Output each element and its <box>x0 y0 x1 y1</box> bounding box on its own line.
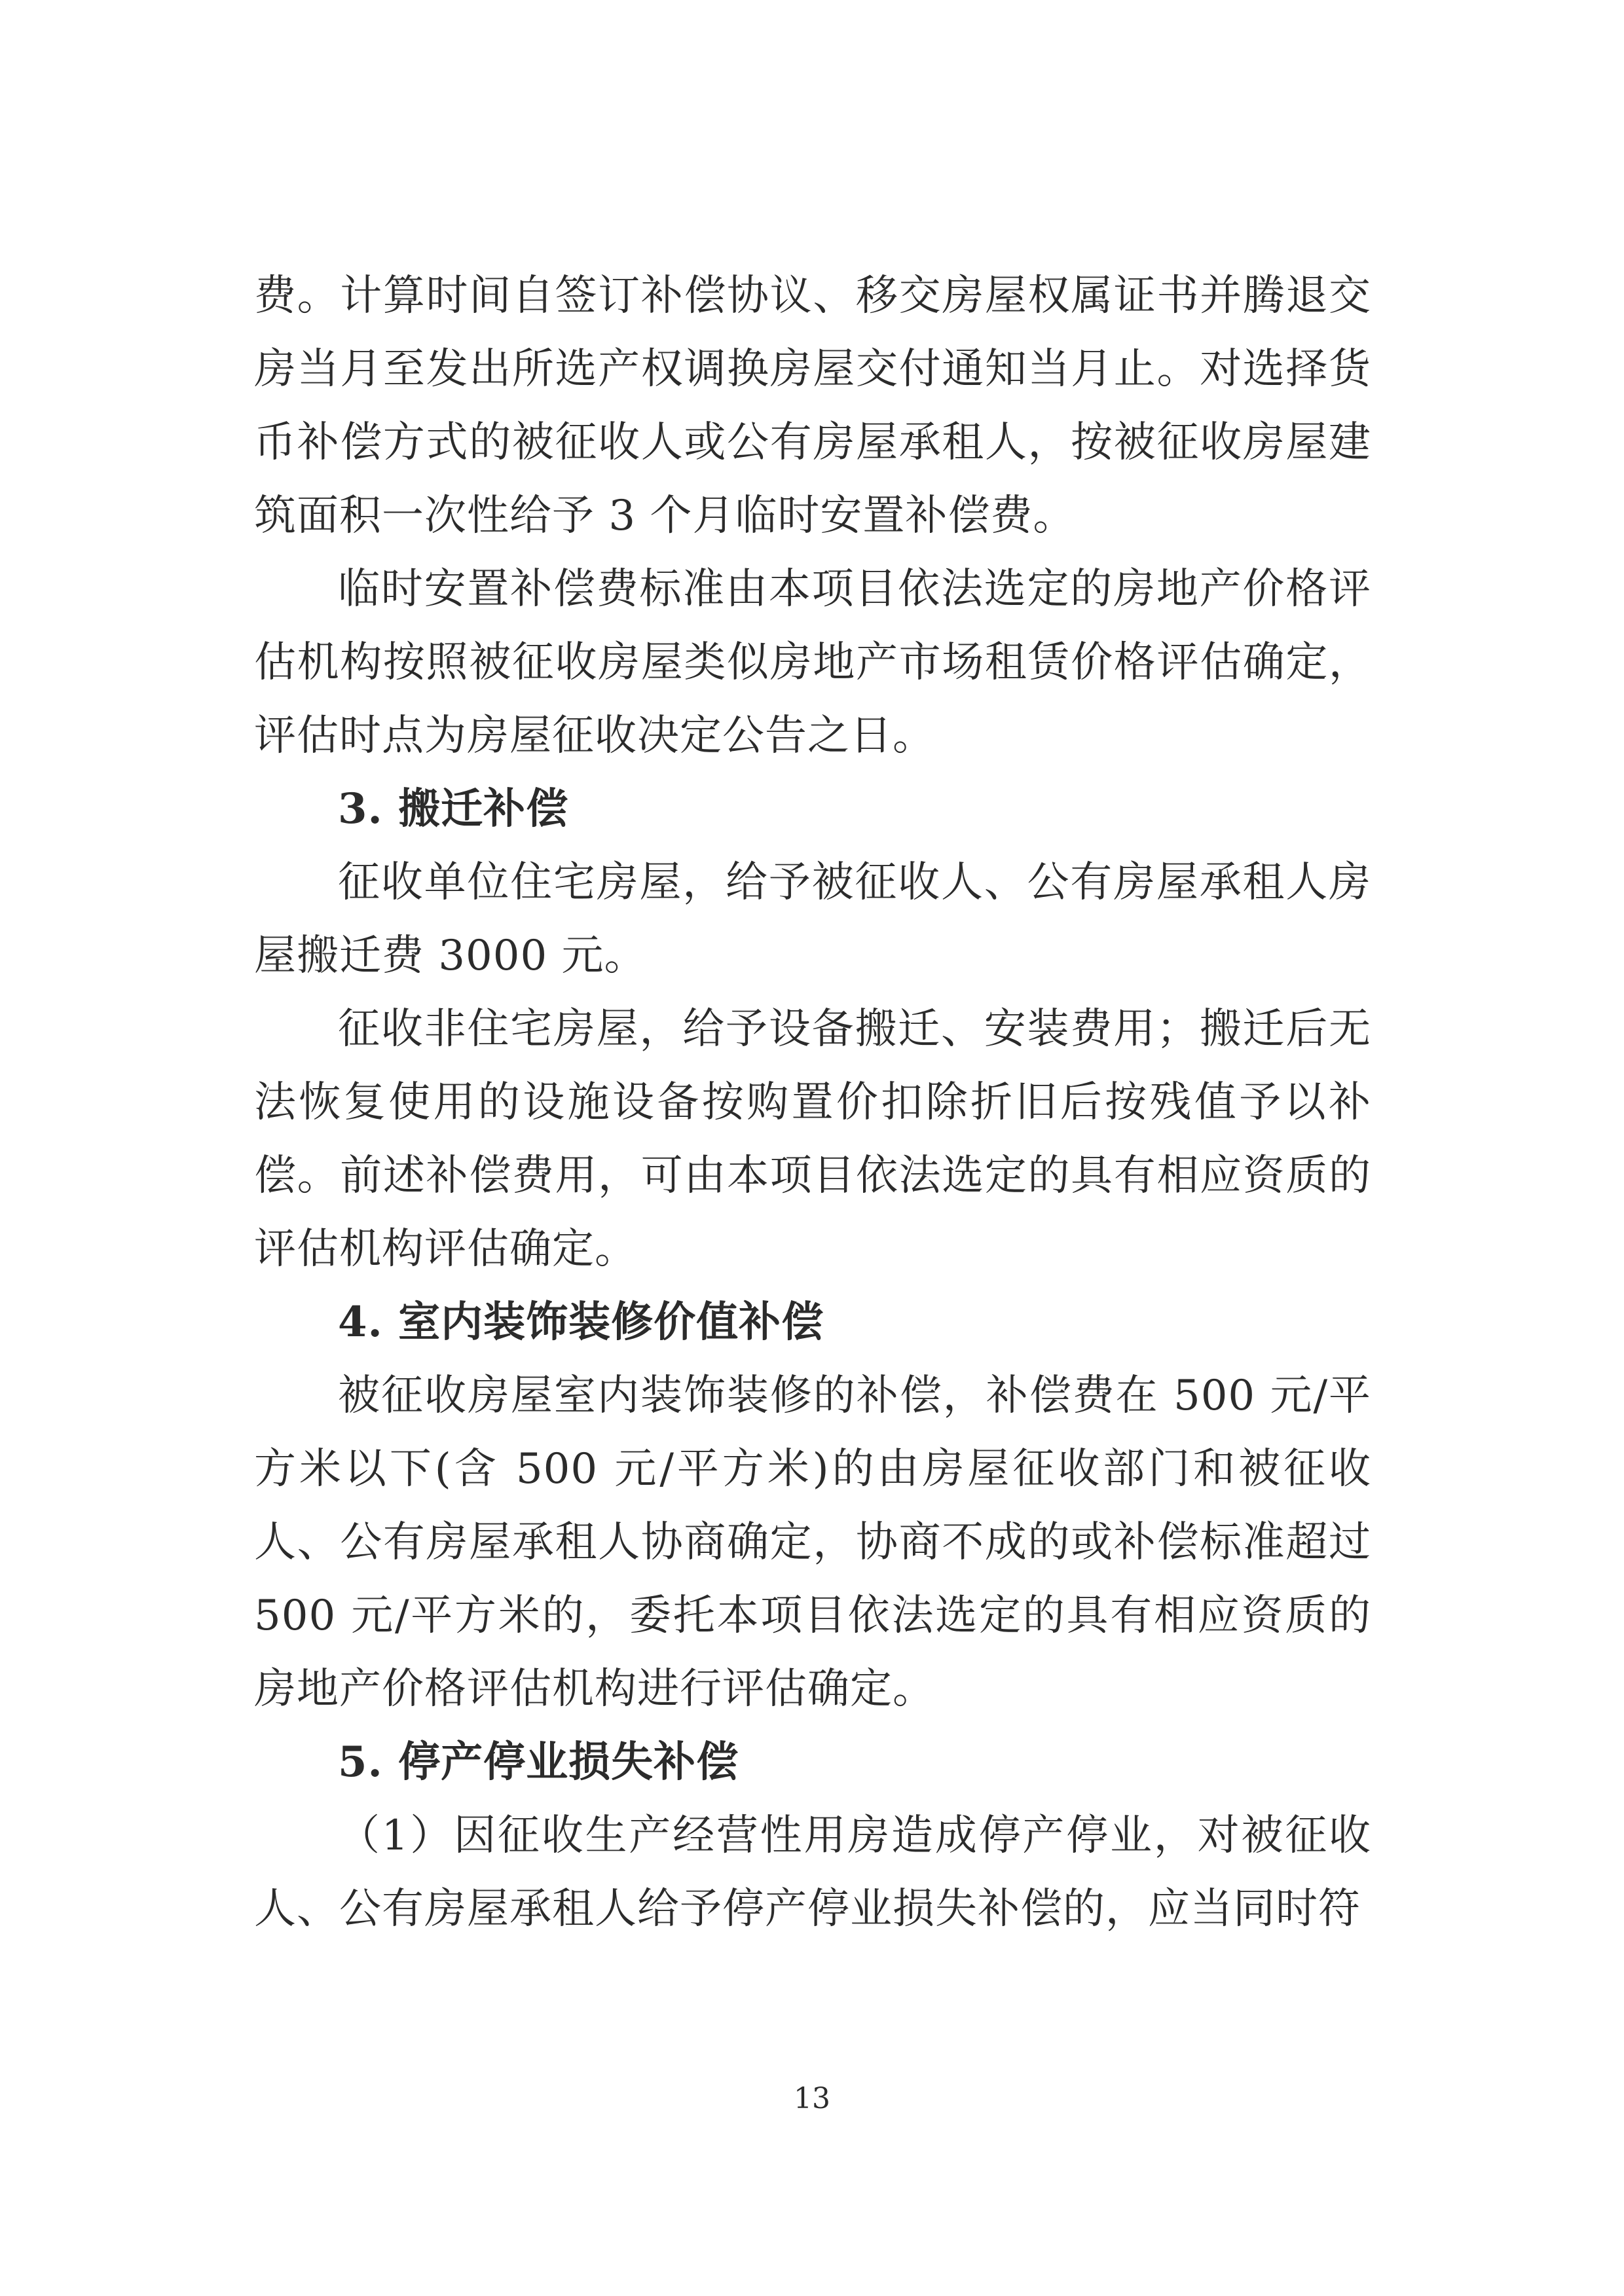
page-number: 13 <box>0 2079 1624 2119</box>
section-heading-5: 5. 停产停业损失补偿 <box>254 1726 1371 1799</box>
body-paragraph: （1）因征收生产经营性用房造成停产停业，对被征收人、公有房屋承租人给予停产停业损… <box>254 1799 1371 1946</box>
body-paragraph: 征收非住宅房屋，给予设备搬迁、安装费用；搬迁后无法恢复使用的设施设备按购置价扣除… <box>254 993 1371 1286</box>
body-paragraph: 临时安置补偿费标准由本项目依法选定的房地产价格评估机构按照被征收房屋类似房地产市… <box>254 553 1371 773</box>
section-heading-3: 3. 搬迁补偿 <box>254 773 1371 846</box>
document-page: 费。计算时间自签订补偿协议、移交房屋权属证书并腾退交房当月至发出所选产权调换房屋… <box>0 0 1624 2296</box>
body-paragraph: 被征收房屋室内装饰装修的补偿，补偿费在 500 元/平方米以下(含 500 元/… <box>254 1359 1371 1726</box>
body-paragraph: 征收单位住宅房屋，给予被征收人、公有房屋承租人房屋搬迁费 3000 元。 <box>254 846 1371 993</box>
text-column: 费。计算时间自签订补偿协议、移交房屋权属证书并腾退交房当月至发出所选产权调换房屋… <box>254 259 1371 1946</box>
section-heading-4: 4. 室内装饰装修价值补偿 <box>254 1286 1371 1359</box>
body-paragraph: 费。计算时间自签订补偿协议、移交房屋权属证书并腾退交房当月至发出所选产权调换房屋… <box>254 259 1371 553</box>
